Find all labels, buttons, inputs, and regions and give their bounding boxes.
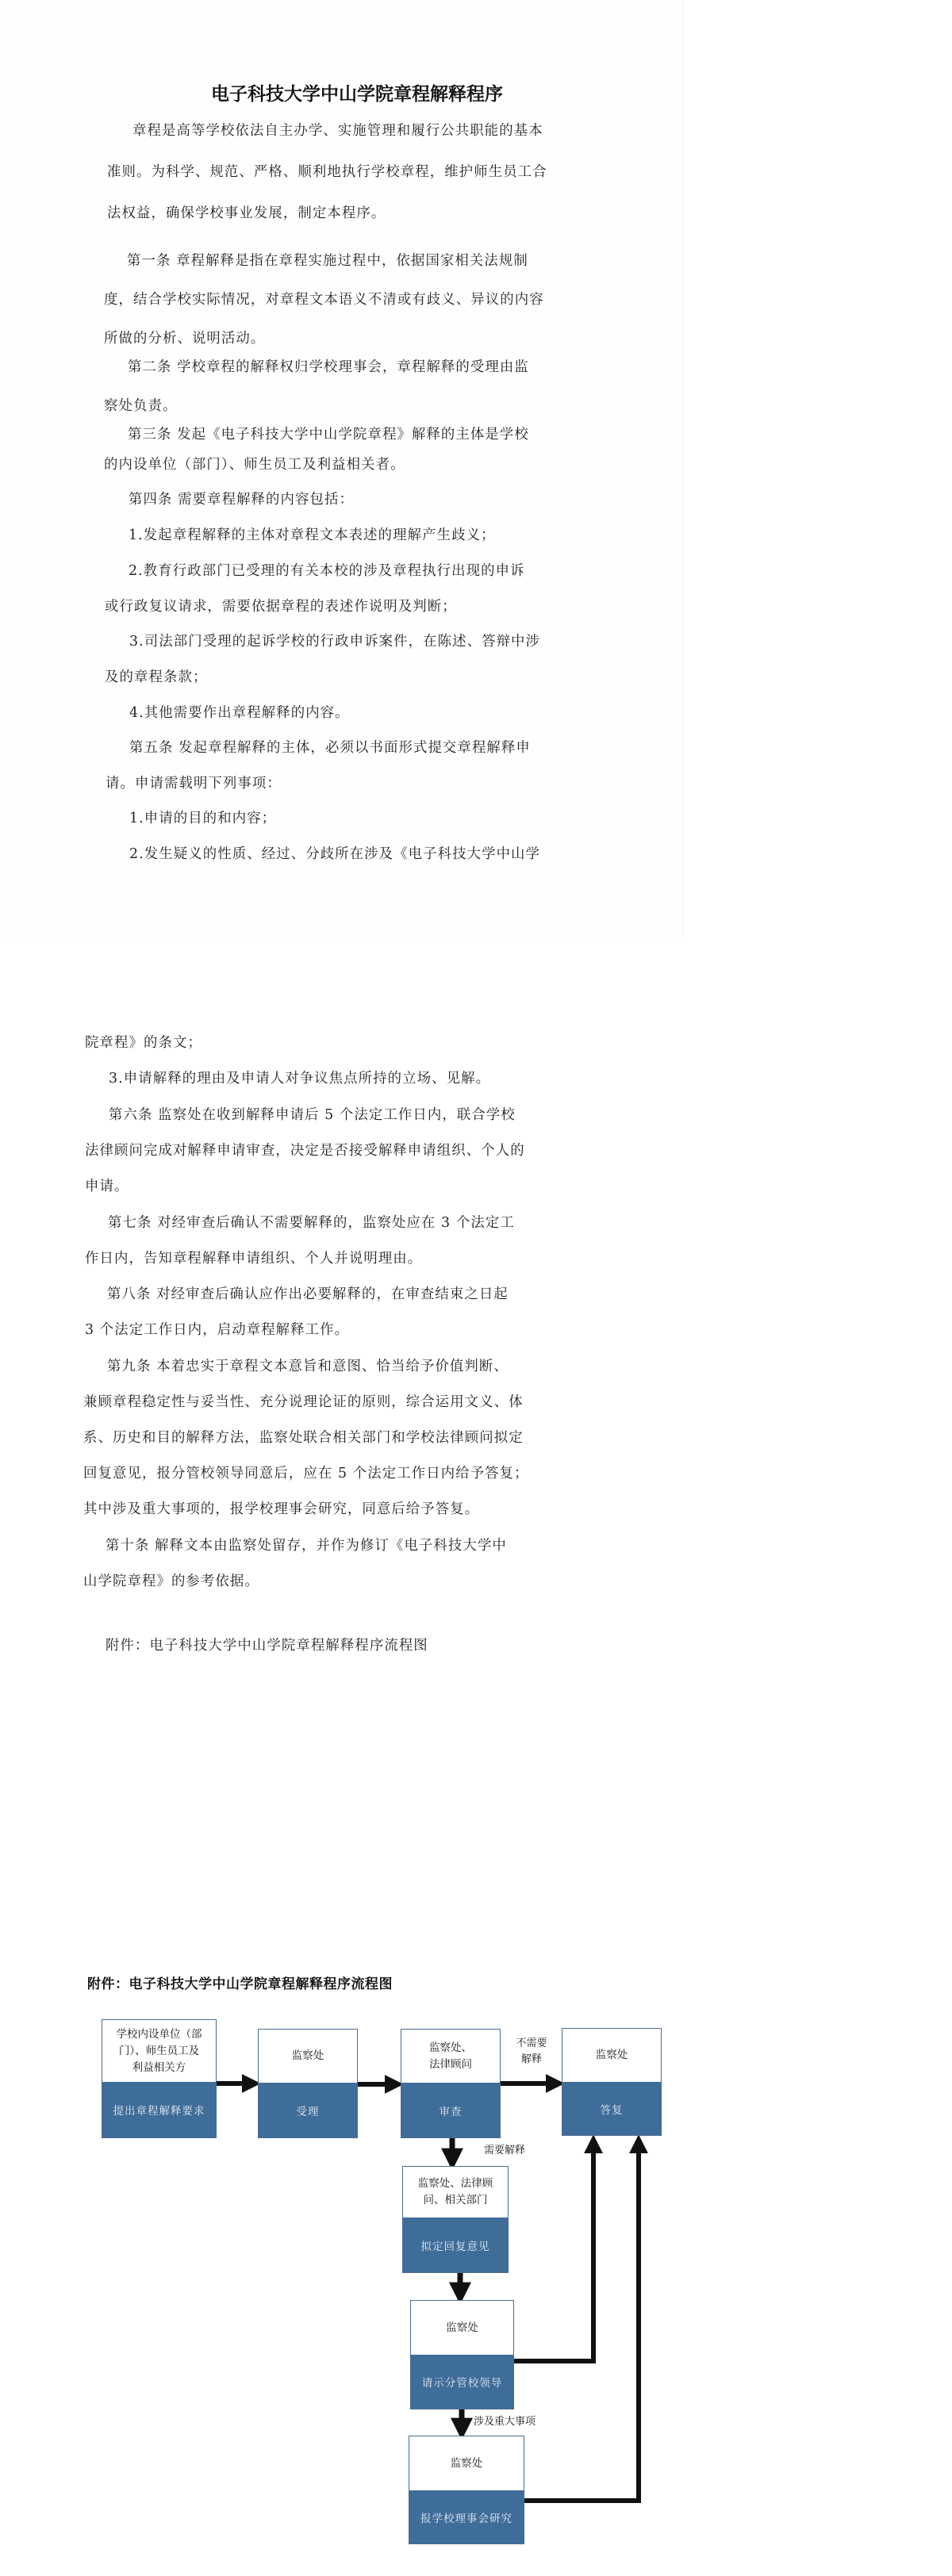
flow-box-accept: 监察处 受理 <box>258 2029 358 2138</box>
flow-box-actor: 监察处、法律顾 问、相关部门 <box>403 2167 508 2218</box>
flow-box-step: 审查 <box>401 2083 500 2137</box>
flow-box-submit: 学校内设单位（部 门）、师生员工及 利益相关方 提出章程解释要求 <box>102 2019 217 2138</box>
arrow-council-to-reply <box>524 2143 639 2501</box>
actor-line: 学校内设单位（部 <box>117 2026 202 2043</box>
flow-box-reply: 监察处 答复 <box>562 2028 662 2136</box>
actor-line: 监察处、 <box>429 2040 472 2057</box>
flow-box-step: 提出章程解释要求 <box>102 2082 216 2137</box>
arrow-leader-to-reply <box>514 2143 593 2361</box>
actor-line: 监察处、法律顾 <box>418 2175 493 2192</box>
flow-box-draft: 监察处、法律顾 问、相关部门 拟定回复意见 <box>402 2166 509 2273</box>
actor-line: 门）、师生员工及 <box>119 2043 199 2060</box>
flow-box-step: 拟定回复意见 <box>403 2218 508 2272</box>
flow-box-actor: 监察处 <box>562 2029 661 2082</box>
flow-box-leader: 监察处 请示分管校领导 <box>410 2300 514 2409</box>
edge-label-line: 不需要 <box>510 2036 553 2052</box>
flow-box-actor: 监察处 <box>411 2301 513 2355</box>
edge-label-major: 涉及重大事项 <box>474 2414 535 2430</box>
flow-box-review: 监察处、 法律顾问 审查 <box>401 2029 501 2138</box>
flow-box-step: 请示分管校领导 <box>411 2355 513 2409</box>
actor-line: 法律顾问 <box>429 2057 472 2073</box>
flow-box-actor: 学校内设单位（部 门）、师生员工及 利益相关方 <box>102 2020 216 2082</box>
actor-line: 利益相关方 <box>132 2060 186 2076</box>
actor-line: 问、相关部门 <box>424 2192 488 2209</box>
flow-box-step: 答复 <box>562 2082 661 2135</box>
edge-label-line: 解释 <box>510 2052 553 2068</box>
edge-label-need: 需要解释 <box>484 2143 525 2159</box>
flow-box-step: 受理 <box>259 2083 357 2137</box>
flow-box-council: 监察处 报学校理事会研究 <box>409 2436 524 2544</box>
flow-box-step: 报学校理事会研究 <box>409 2490 524 2543</box>
edge-label-no-need: 不需要 解释 <box>510 2036 553 2068</box>
flow-box-actor: 监察处、 法律顾问 <box>401 2030 500 2083</box>
flow-box-actor: 监察处 <box>259 2030 357 2083</box>
flow-box-actor: 监察处 <box>409 2436 524 2490</box>
